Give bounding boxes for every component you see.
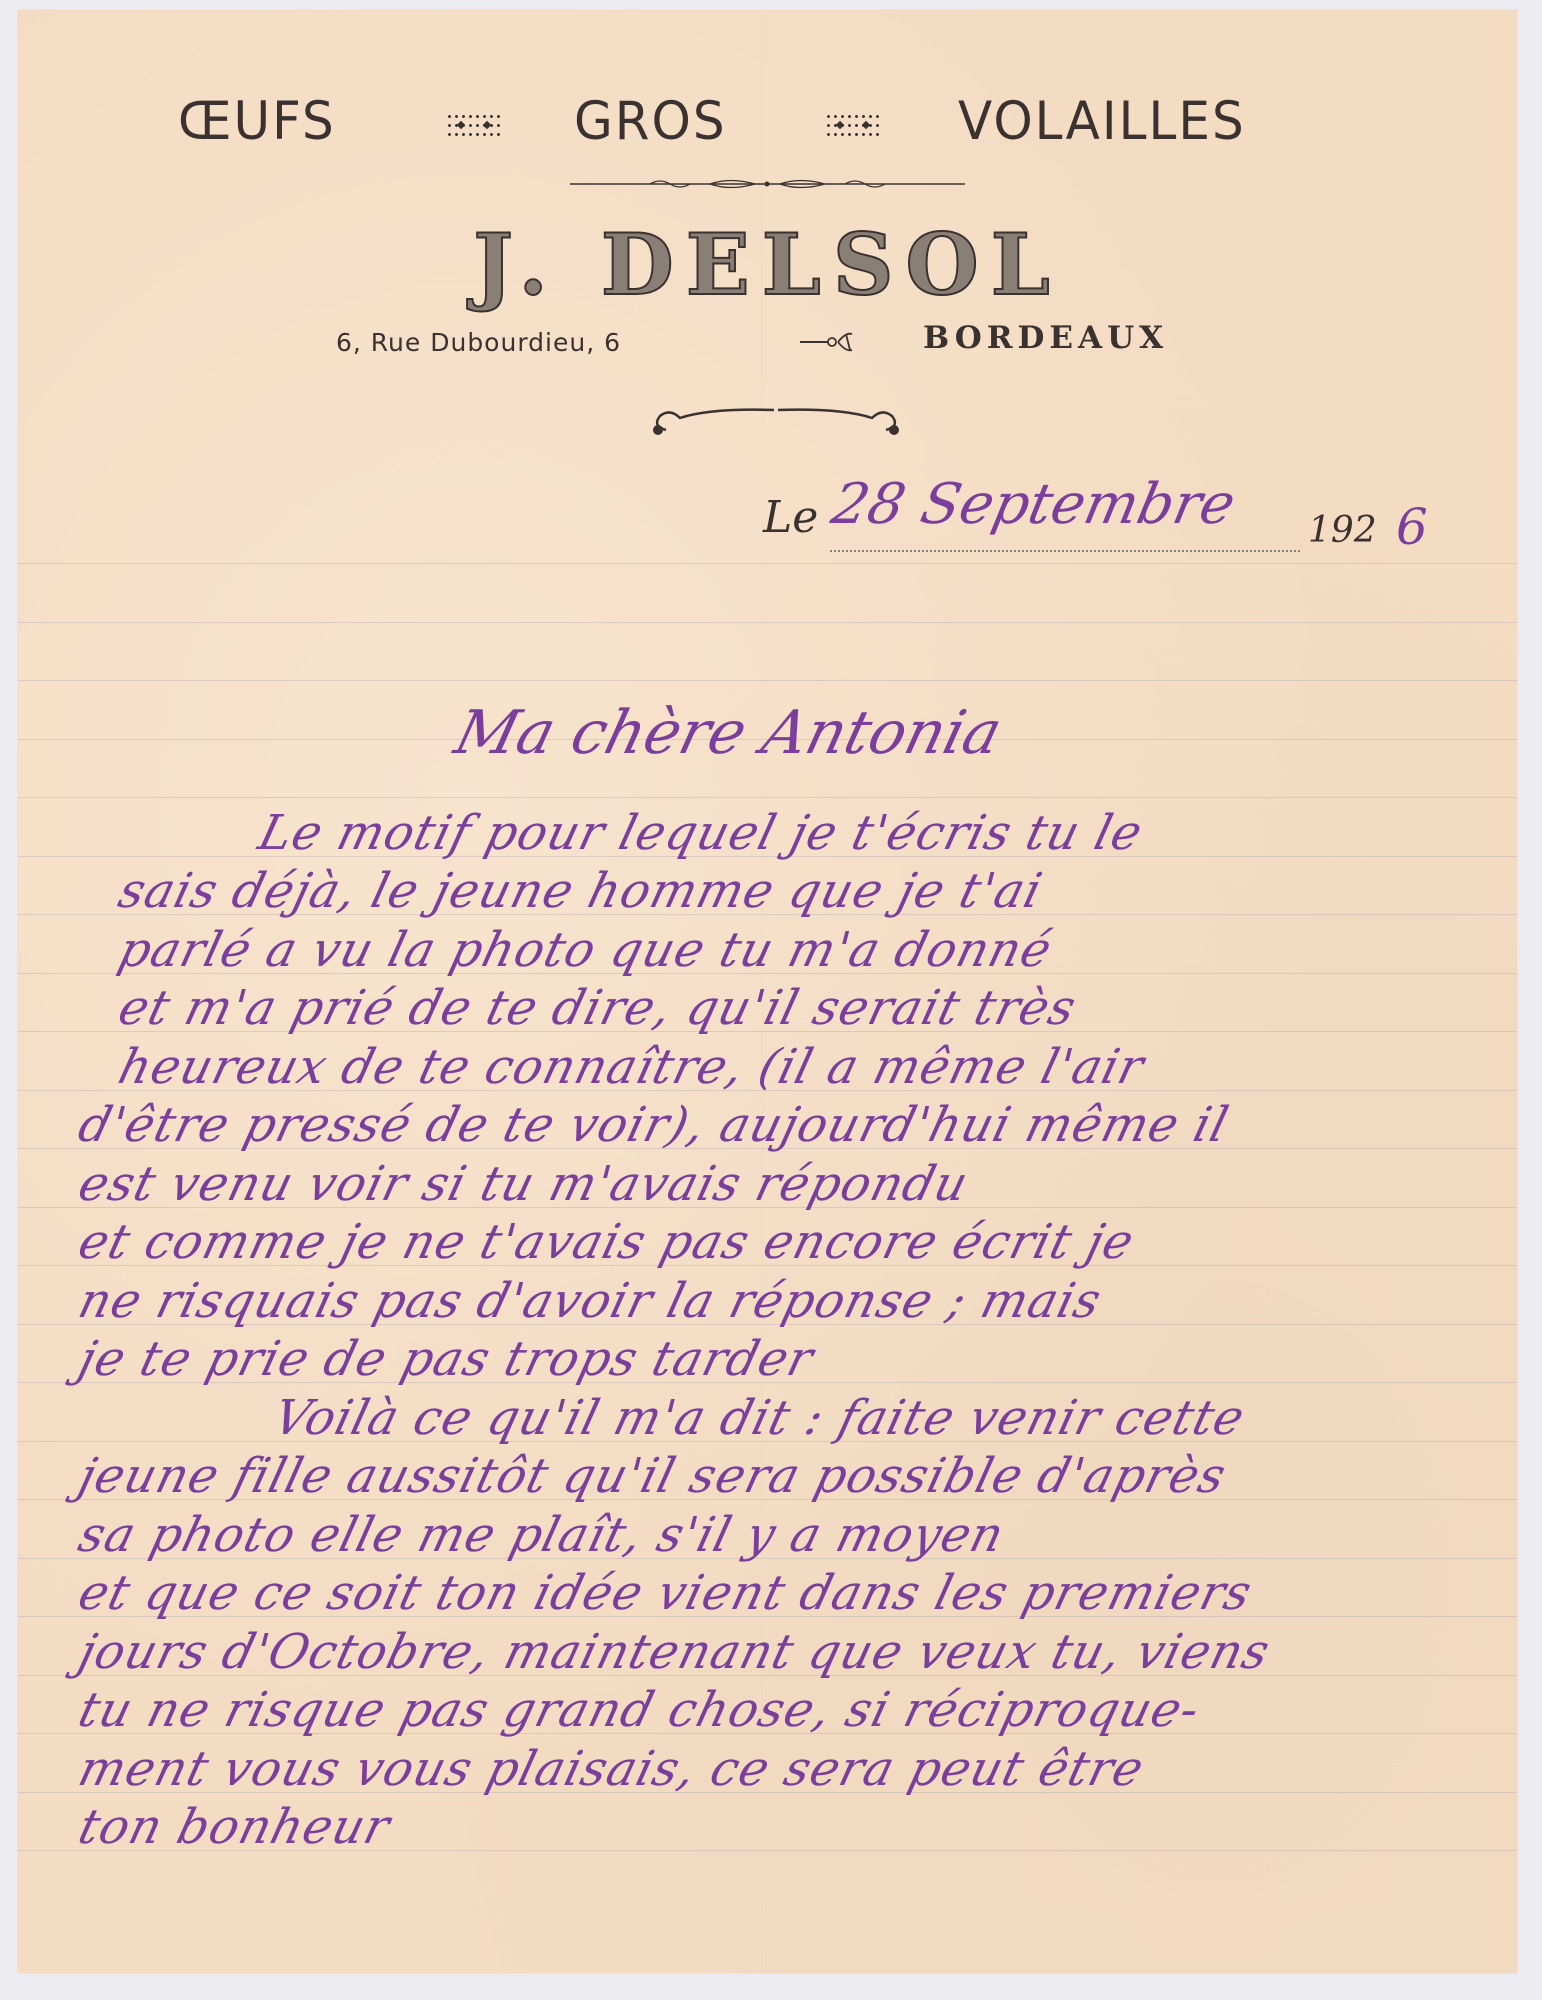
- ruled-line: [18, 563, 1517, 564]
- letter-line: sais déjà, le jeune homme que je t'ai: [113, 863, 1048, 919]
- flourish-ornament-icon: [798, 330, 868, 354]
- letter-line: Le motif pour lequel je t'écris tu le: [253, 805, 1148, 861]
- swash-ornament-icon: [646, 402, 906, 438]
- letter-line: ne risquais pas d'avoir la réponse ; mai…: [73, 1273, 1107, 1329]
- salutation: Ma chère Antonia: [448, 698, 1009, 768]
- letter-line: heureux de te connaître, (il a même l'ai…: [113, 1039, 1150, 1095]
- letter-line: d'être pressé de te voir), aujourd'hui m…: [73, 1097, 1234, 1153]
- letter-line: ton bonheur: [73, 1799, 396, 1855]
- dot-grid-ornament-icon: [446, 112, 502, 140]
- scroll-divider-icon: [570, 178, 965, 190]
- letter-paper: ŒUFS GROS VOLAILLES J. DELSOL 6, Rue Dub…: [18, 10, 1517, 1973]
- date-dotted-line: [830, 550, 1300, 552]
- letter-line: je te prie de pas trops tarder: [73, 1331, 819, 1387]
- letterhead-categories: ŒUFS GROS VOLAILLES: [18, 92, 1517, 162]
- category-volailles: VOLAILLES: [958, 91, 1246, 152]
- company-address: 6, Rue Dubourdieu, 6: [336, 328, 621, 357]
- letter-line: jeune fille aussitôt qu'il sera possible…: [73, 1448, 1232, 1504]
- date-year-printed: 192: [1308, 510, 1377, 551]
- letter-line: ment vous vous plaisais, ce sera peut êt…: [73, 1741, 1150, 1797]
- letter-line: et que ce soit ton idée vient dans les p…: [73, 1565, 1258, 1621]
- letter-line: et comme je ne t'avais pas encore écrit …: [73, 1214, 1140, 1270]
- category-oeufs: ŒUFS: [178, 91, 336, 152]
- letter-line: Voilà ce qu'il m'a dit : faite venir cet…: [268, 1390, 1251, 1446]
- date-day-month: 28 Septembre: [826, 472, 1241, 537]
- ruled-line: [18, 797, 1517, 798]
- category-gros: GROS: [574, 91, 727, 152]
- letter-line: est venu voir si tu m'avais répondu: [73, 1156, 974, 1212]
- company-name: J. DELSOL: [18, 215, 1517, 314]
- date-year-handwritten: 6: [1396, 498, 1428, 556]
- letter-line: jours d'Octobre, maintenant que veux tu,…: [73, 1624, 1276, 1680]
- letter-line: parlé a vu la photo que tu m'a donné: [113, 922, 1058, 978]
- dot-grid-ornament-icon: [825, 112, 881, 140]
- ruled-line: [18, 680, 1517, 681]
- ruled-line: [18, 622, 1517, 623]
- letter-line: sa photo elle me plaît, s'il y a moyen: [73, 1507, 1010, 1563]
- company-city: BORDEAUX: [923, 320, 1168, 356]
- letter-line: et m'a prié de te dire, qu'il serait trè…: [113, 980, 1082, 1036]
- date-prefix: Le: [763, 492, 818, 543]
- letter-line: tu ne risque pas grand chose, si récipro…: [73, 1682, 1206, 1738]
